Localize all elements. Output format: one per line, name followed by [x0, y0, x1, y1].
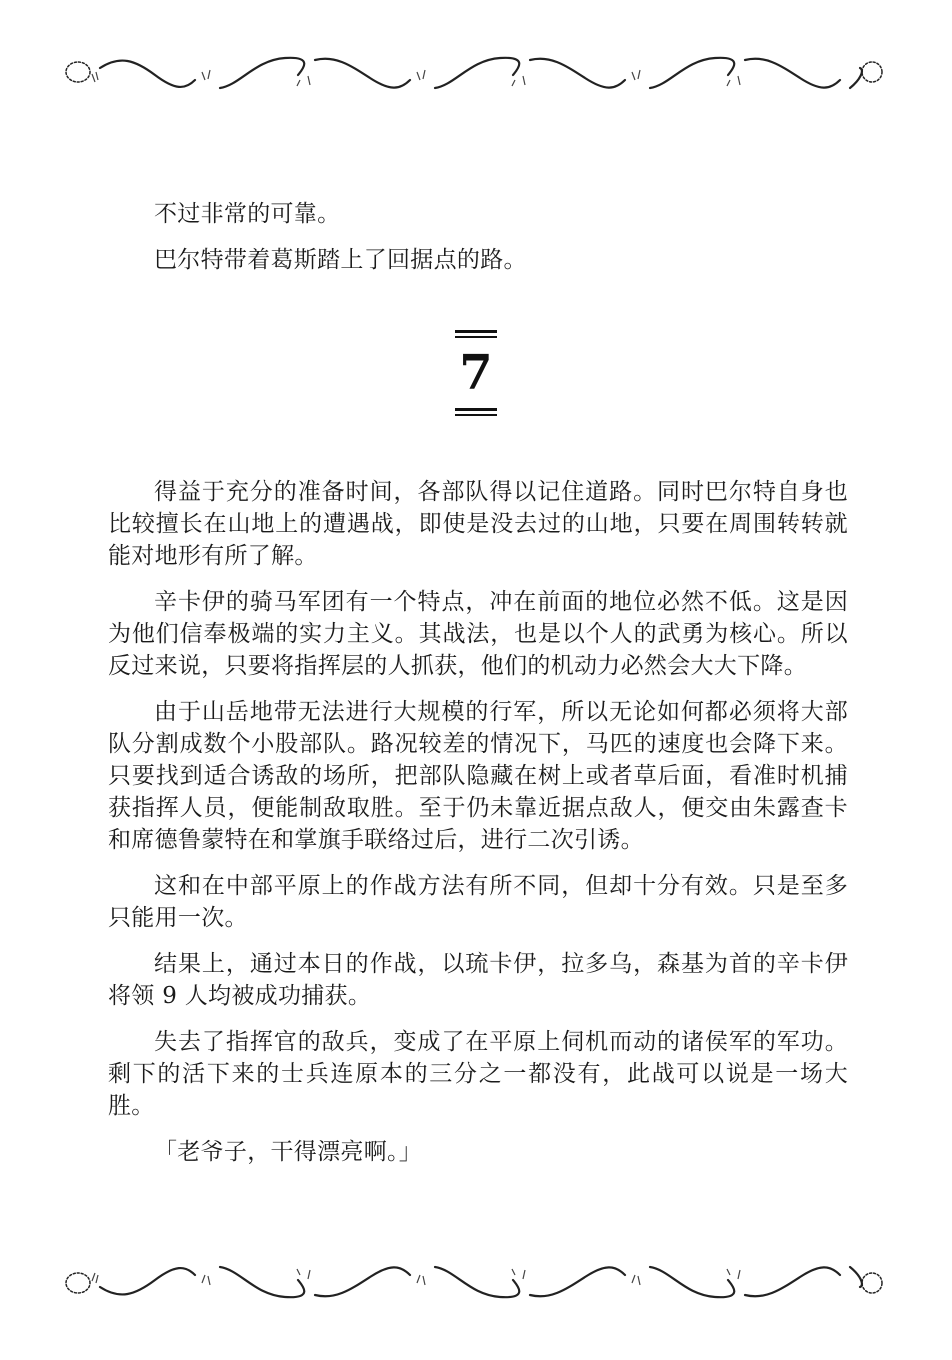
double-rule-divider: [455, 330, 497, 338]
double-rule-divider: [455, 408, 497, 416]
intro-line: 巴尔特带着葛斯踏上了回据点的路。: [108, 244, 848, 276]
dialogue-line: 「老爷子，干得漂亮啊。」: [108, 1136, 848, 1168]
book-page: 不过非常的可靠。 巴尔特带着葛斯踏上了回据点的路。 7 得益于充分的准备时间，各…: [0, 0, 952, 1360]
ornamental-border-top-icon: [60, 50, 890, 100]
body-text: 得益于充分的准备时间，各部队得以记住道路。同时巴尔特自身也比较擅长在山地上的遭遇…: [108, 476, 848, 1168]
intro-line: 不过非常的可靠。: [108, 198, 848, 230]
paragraph: 这和在中部平原上的作战方法有所不同，但却十分有效。只是至多只能用一次。: [108, 870, 848, 934]
paragraph: 失去了指挥官的敌兵，变成了在平原上伺机而动的诸侯军的军功。剩下的活下来的士兵连原…: [108, 1026, 848, 1122]
ornamental-border-bottom-icon: [60, 1255, 890, 1305]
paragraph: 得益于充分的准备时间，各部队得以记住道路。同时巴尔特自身也比较擅长在山地上的遭遇…: [108, 476, 848, 572]
paragraph: 结果上，通过本日的作战，以琉卡伊，拉多乌，森基为首的辛卡伊将领 9 人均被成功捕…: [108, 948, 848, 1012]
intro-text: 不过非常的可靠。 巴尔特带着葛斯踏上了回据点的路。: [108, 198, 848, 276]
paragraph: 由于山岳地带无法进行大规模的行军，所以无论如何都必须将大部队分割成数个小股部队。…: [108, 696, 848, 856]
chapter-number: 7: [455, 342, 497, 404]
paragraph: 辛卡伊的骑马军团有一个特点，冲在前面的地位必然不低。这是因为他们信奉极端的实力主…: [108, 586, 848, 682]
chapter-heading: 7: [455, 330, 497, 416]
